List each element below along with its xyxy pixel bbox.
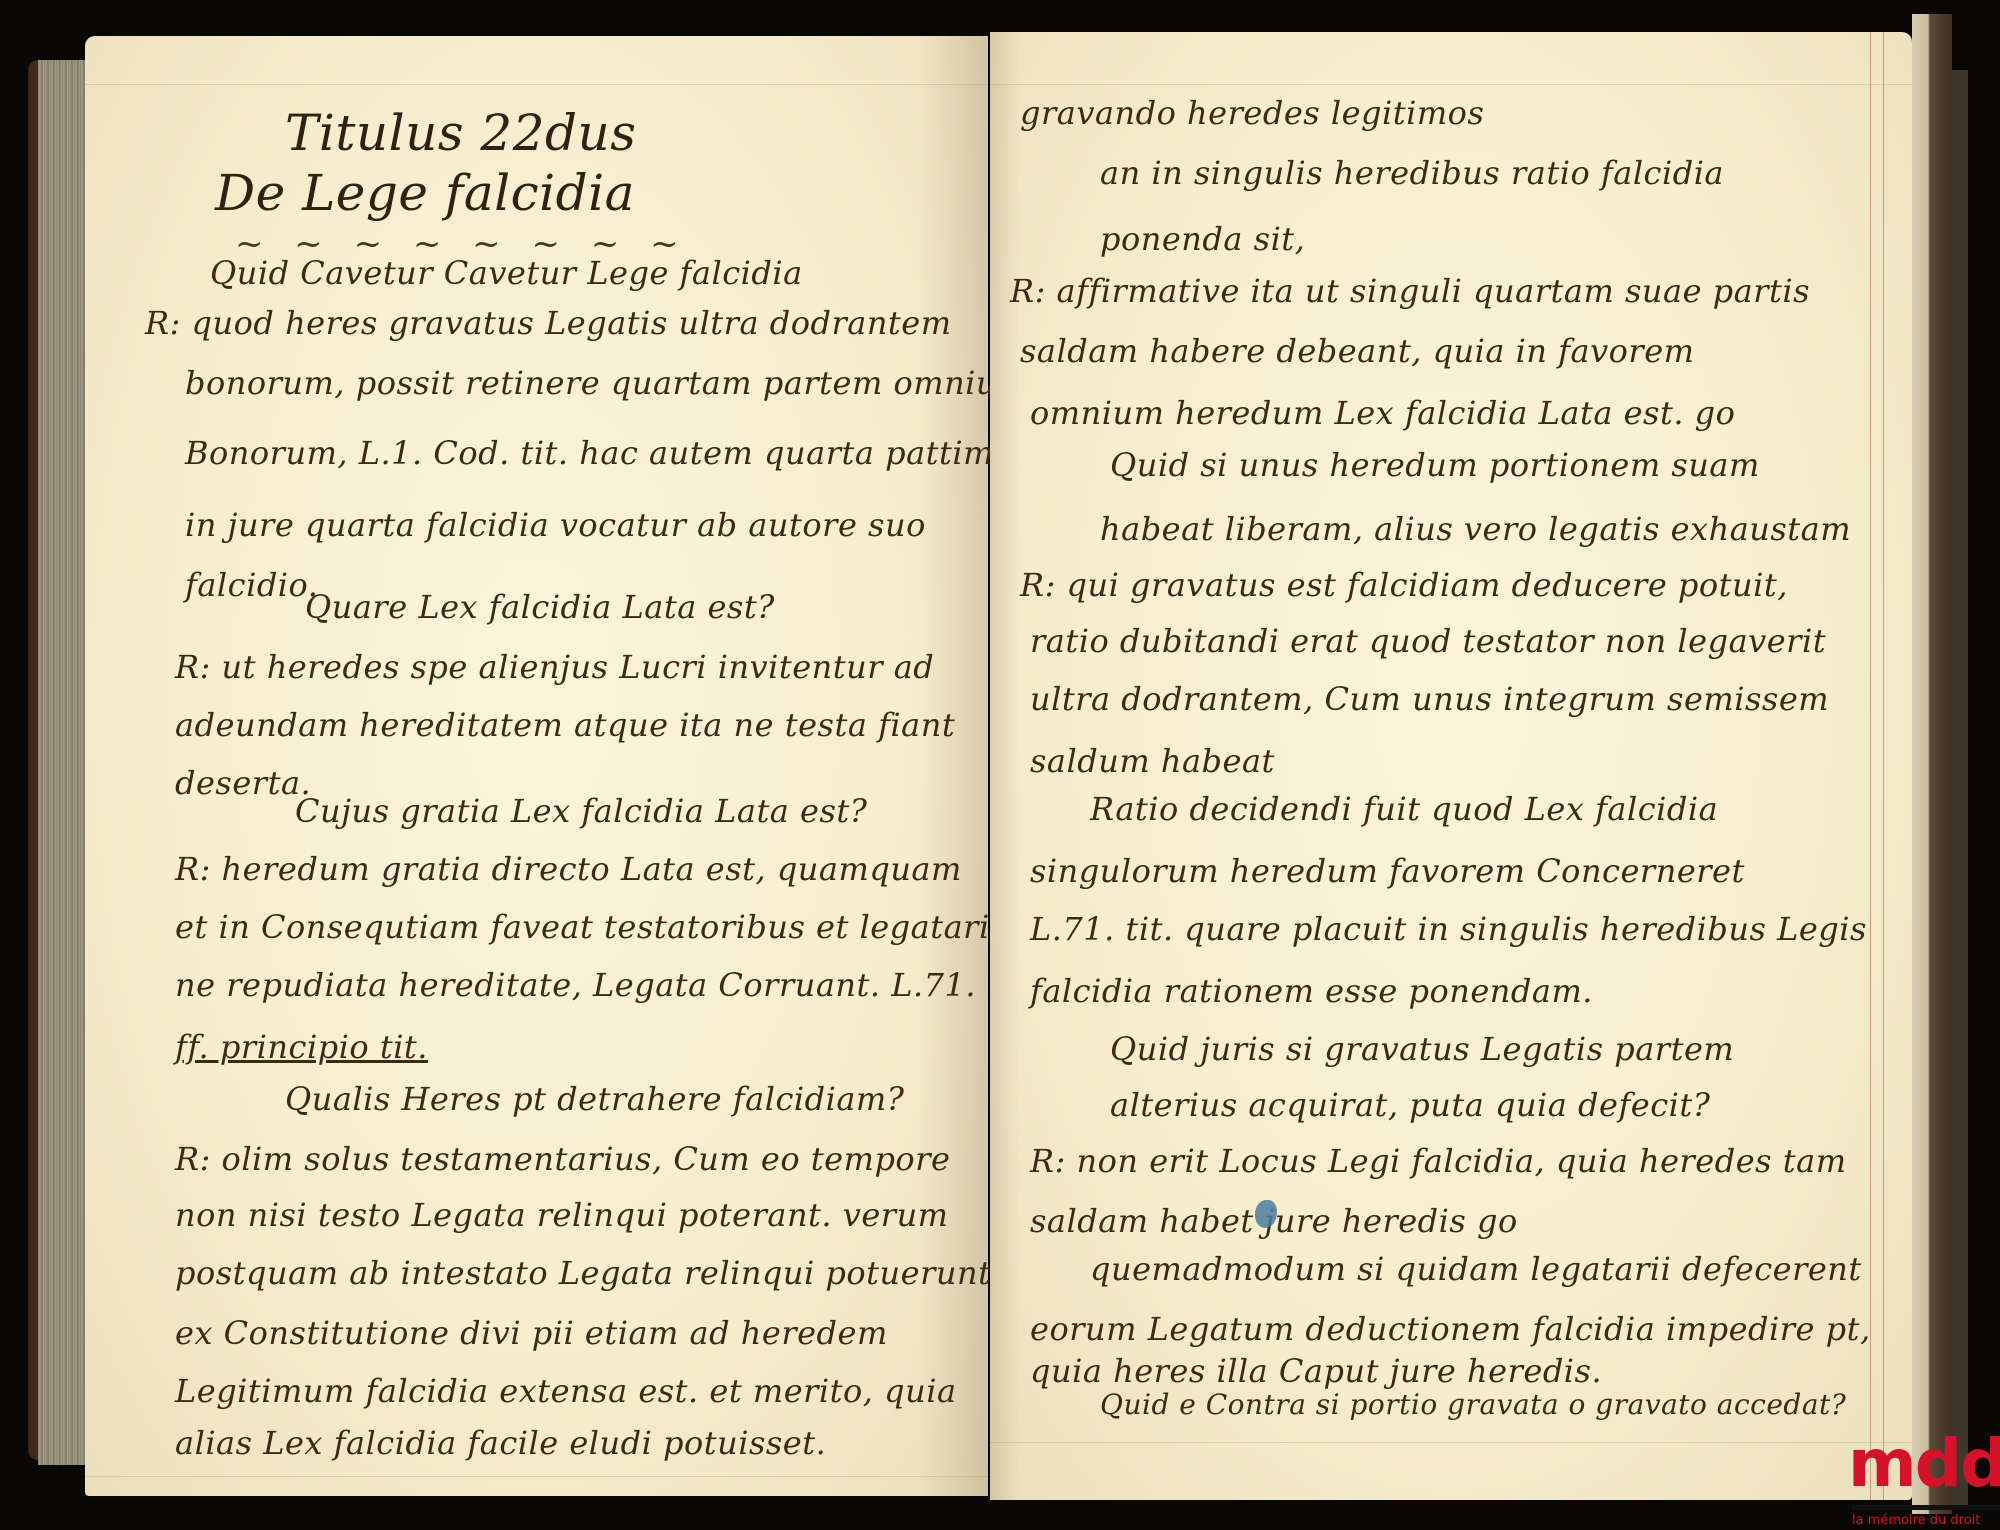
citation-line: ff. principio tit. [175, 1028, 428, 1066]
text-line: omnium heredum Lex falcidia Lata est. go [1030, 394, 1735, 432]
text-line: saldam habere debeant, quia in favorem [1020, 332, 1695, 370]
text-line: ne repudiata hereditate, Legata Corruant… [175, 966, 976, 1004]
text-line: deserta. [175, 764, 311, 802]
text-line: falcidia rationem esse ponendam. [1030, 972, 1593, 1010]
text-line: et in Consequtiam faveat testatoribus et… [175, 908, 1028, 946]
question-line: Quid e Contra si portio gravata o gravat… [1100, 1388, 1846, 1421]
text-line: quia heres illa Caput jure heredis. [1030, 1352, 1602, 1390]
text-line: gravando heredes legitimos [1020, 94, 1484, 132]
right-page: gravando heredes legitimos an in singuli… [990, 32, 1912, 1500]
logo-mark: mdd [1848, 1425, 2000, 1503]
logo-divider [1852, 1505, 2000, 1510]
question-line: Quare Lex falcidia Lata est? [305, 588, 775, 626]
text-line: Quid Cavetur Cavetur Lege falcidia [210, 254, 803, 292]
text-line: ponenda sit, [1100, 220, 1305, 258]
text-line: an in singulis heredibus ratio falcidia [1100, 154, 1724, 192]
page-edges-right [1912, 14, 1952, 1514]
text-line: Legitimum falcidia extensa est. et merit… [175, 1372, 957, 1410]
text-line: R: non erit Locus Legi falcidia, quia he… [1030, 1142, 1847, 1180]
question-line: alterius acquirat, puta quia defecit? [1110, 1086, 1710, 1124]
question-line: Qualis Heres pt detrahere falcidiam? [285, 1080, 904, 1118]
title-line-1: Titulus 22dus [285, 104, 636, 162]
text-line: Bonorum, L.1. Cod. tit. hac autem quarta… [185, 434, 994, 472]
text-line: ex Constitutione divi pii etiam ad hered… [175, 1314, 888, 1352]
text-line: saldum habeat [1030, 742, 1275, 780]
text-line: R: heredum gratia directo Lata est, quam… [175, 850, 962, 888]
title-line-2: De Lege falcidia [215, 164, 635, 222]
logo-tagline: la mémoire du droit [1852, 1513, 1980, 1528]
question-line: Cujus gratia Lex falcidia Lata est? [295, 792, 867, 830]
left-page: Titulus 22dus De Lege falcidia ~ ~ ~ ~ ~… [85, 36, 988, 1496]
text-line: eorum Legatum deductionem falcidia imped… [1030, 1310, 1871, 1348]
watermark-logo: mdd la mémoire du droit [1830, 1425, 2000, 1530]
question-line: habeat liberam, alius vero legatis exhau… [1100, 510, 1851, 548]
text-line: adeundam hereditatem atque ita ne testa … [175, 706, 955, 744]
manuscript-scan: Titulus 22dus De Lege falcidia ~ ~ ~ ~ ~… [0, 0, 2000, 1530]
page-edges-left [38, 60, 88, 1465]
text-line: R: olim solus testamentarius, Cum eo tem… [175, 1140, 950, 1178]
text-line: non nisi testo Legata relinqui poterant.… [175, 1196, 949, 1234]
text-line: falcidio. [185, 566, 318, 604]
text-line: alias Lex falcidia facile eludi potuisse… [175, 1424, 826, 1462]
text-line: ratio dubitandi erat quod testator non l… [1030, 622, 1826, 660]
text-line: R: ut heredes spe alienjus Lucri inviten… [175, 648, 934, 686]
text-line: bonorum, possit retinere quartam partem … [185, 364, 1028, 402]
text-line: ultra dodrantem, Cum unus integrum semis… [1030, 680, 1829, 718]
text-line: in jure quarta falcidia vocatur ab autor… [185, 506, 926, 544]
text-line: R: quod heres gravatus Legatis ultra dod… [145, 304, 952, 342]
text-line: R: qui gravatus est falcidiam deducere p… [1020, 566, 1788, 604]
question-line: Quid si unus heredum portionem suam [1110, 446, 1760, 484]
text-line: R: affirmative ita ut singuli quartam su… [1010, 272, 1810, 310]
text-line: L.71. tit. quare placuit in singulis her… [1030, 910, 1867, 948]
text-line: Ratio decidendi fuit quod Lex falcidia [1090, 790, 1718, 828]
text-line: singulorum heredum favorem Concerneret [1030, 852, 1745, 890]
question-line: Quid juris si gravatus Legatis partem [1110, 1030, 1734, 1068]
text-line: postquam ab intestato Legata relinqui po… [175, 1254, 991, 1292]
text-line: quemadmodum si quidam legatarii defecere… [1090, 1250, 1862, 1288]
